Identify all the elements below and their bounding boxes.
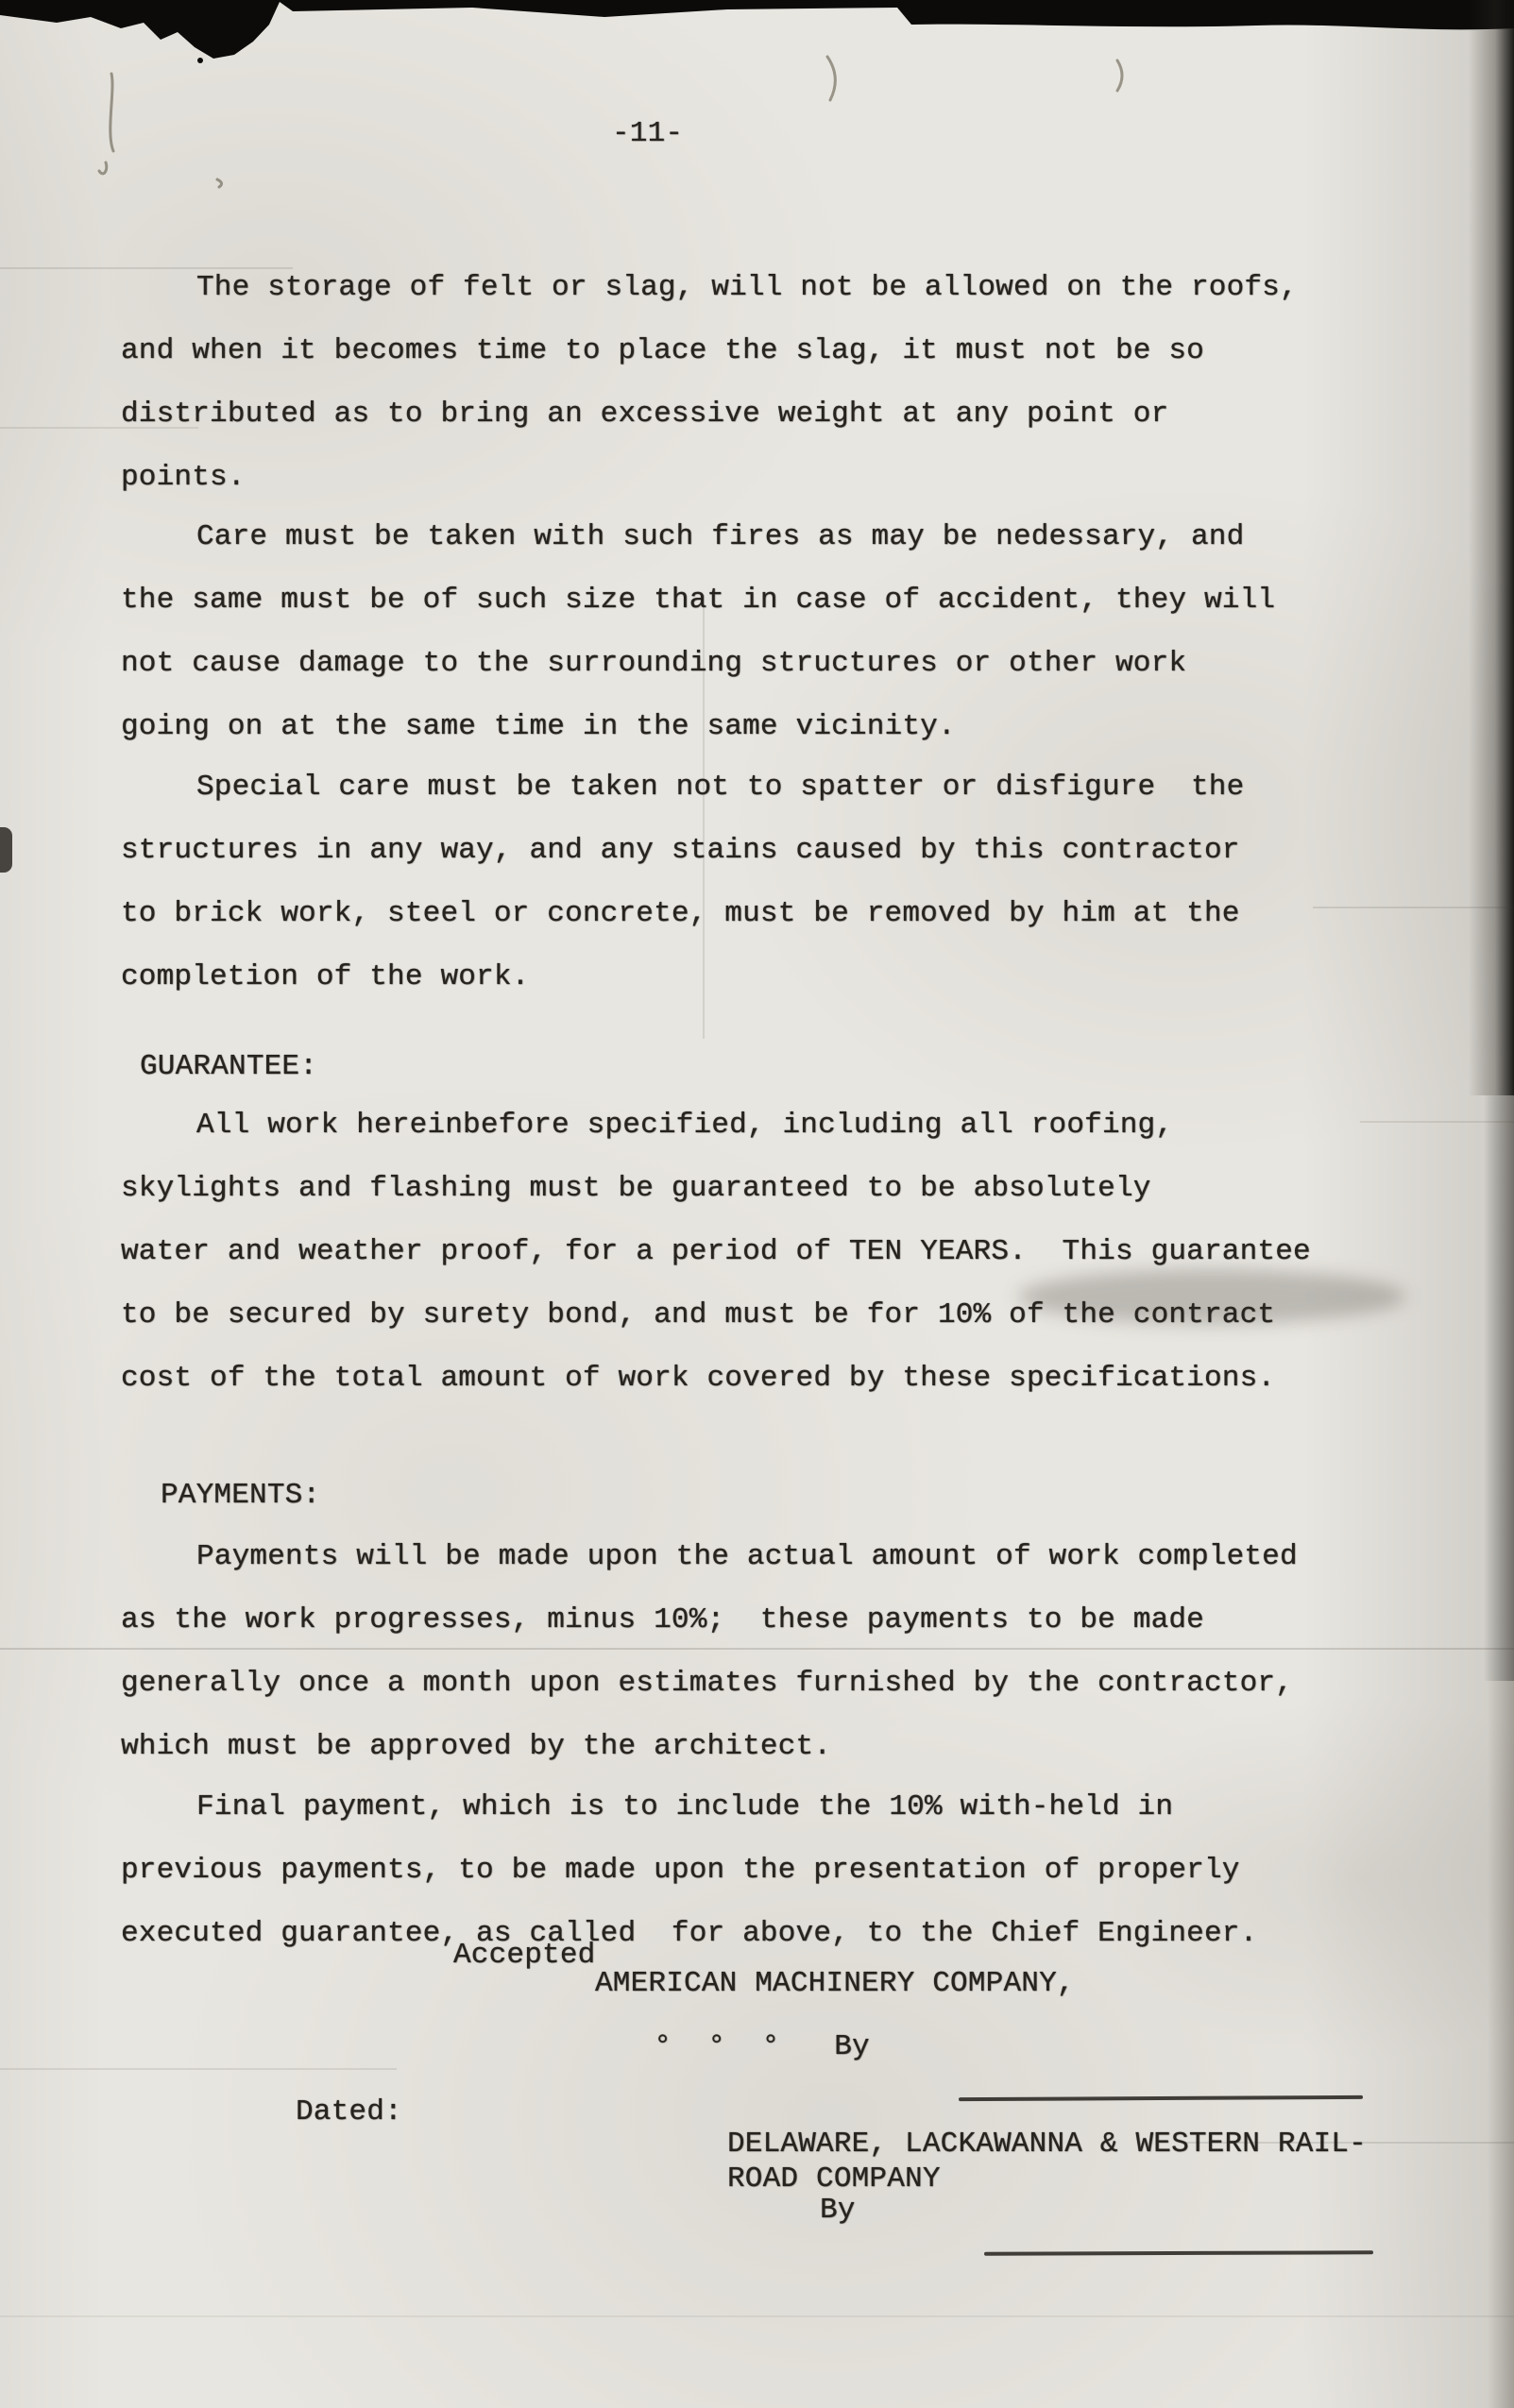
guarantee-heading: GUARANTEE: [140,1035,317,1098]
pencil-marks [0,0,1514,208]
acceptance-circle-marks: ° ° ° [654,2030,789,2063]
accepted-label: Accepted [453,1938,595,1973]
left-edge-ink-blob [0,827,12,873]
payments-heading: PAYMENTS: [161,1464,320,1527]
scan-artifact-line [0,2315,1514,2317]
right-edge-scan-shadow-top [1469,0,1514,1095]
right-edge-scan-shadow-middle [1484,1095,1514,1681]
right-edge-scan-shadow-bottom [1488,1681,1514,2408]
paragraph-spatter: Special care must be taken not to spatte… [121,755,1244,1009]
dated-label: Dated: [296,2094,402,2129]
by-label-1: By [834,2030,870,2063]
company-dlw-railroad: DELAWARE, LACKAWANNA & WESTERN RAIL- ROA… [727,2127,1367,2196]
scan-artifact-line [1360,1121,1514,1123]
page-number: -11- [612,115,683,153]
scan-artifact-line [0,2068,397,2070]
payments-paragraph-2: Final payment, which is to include the 1… [121,1775,1257,1965]
scan-artifact-line [1313,907,1514,908]
paragraph-storage: The storage of felt or slag, will not be… [121,256,1298,509]
top-edge-scan-bar [0,0,1514,68]
signature-line-1 [959,2095,1363,2101]
payments-paragraph-1: Payments will be made upon the actual am… [121,1525,1298,1778]
signature-line-2 [984,2250,1373,2255]
guarantee-paragraph: All work hereinbefore specified, includi… [121,1094,1311,1410]
by-label-2: By [820,2193,856,2228]
acceptance-marks-and-by: ° ° °By [583,1994,870,2099]
paragraph-fires: Care must be taken with such fires as ma… [121,505,1275,758]
scanned-document-page: -11- The storage of felt or slag, will n… [0,0,1514,2408]
